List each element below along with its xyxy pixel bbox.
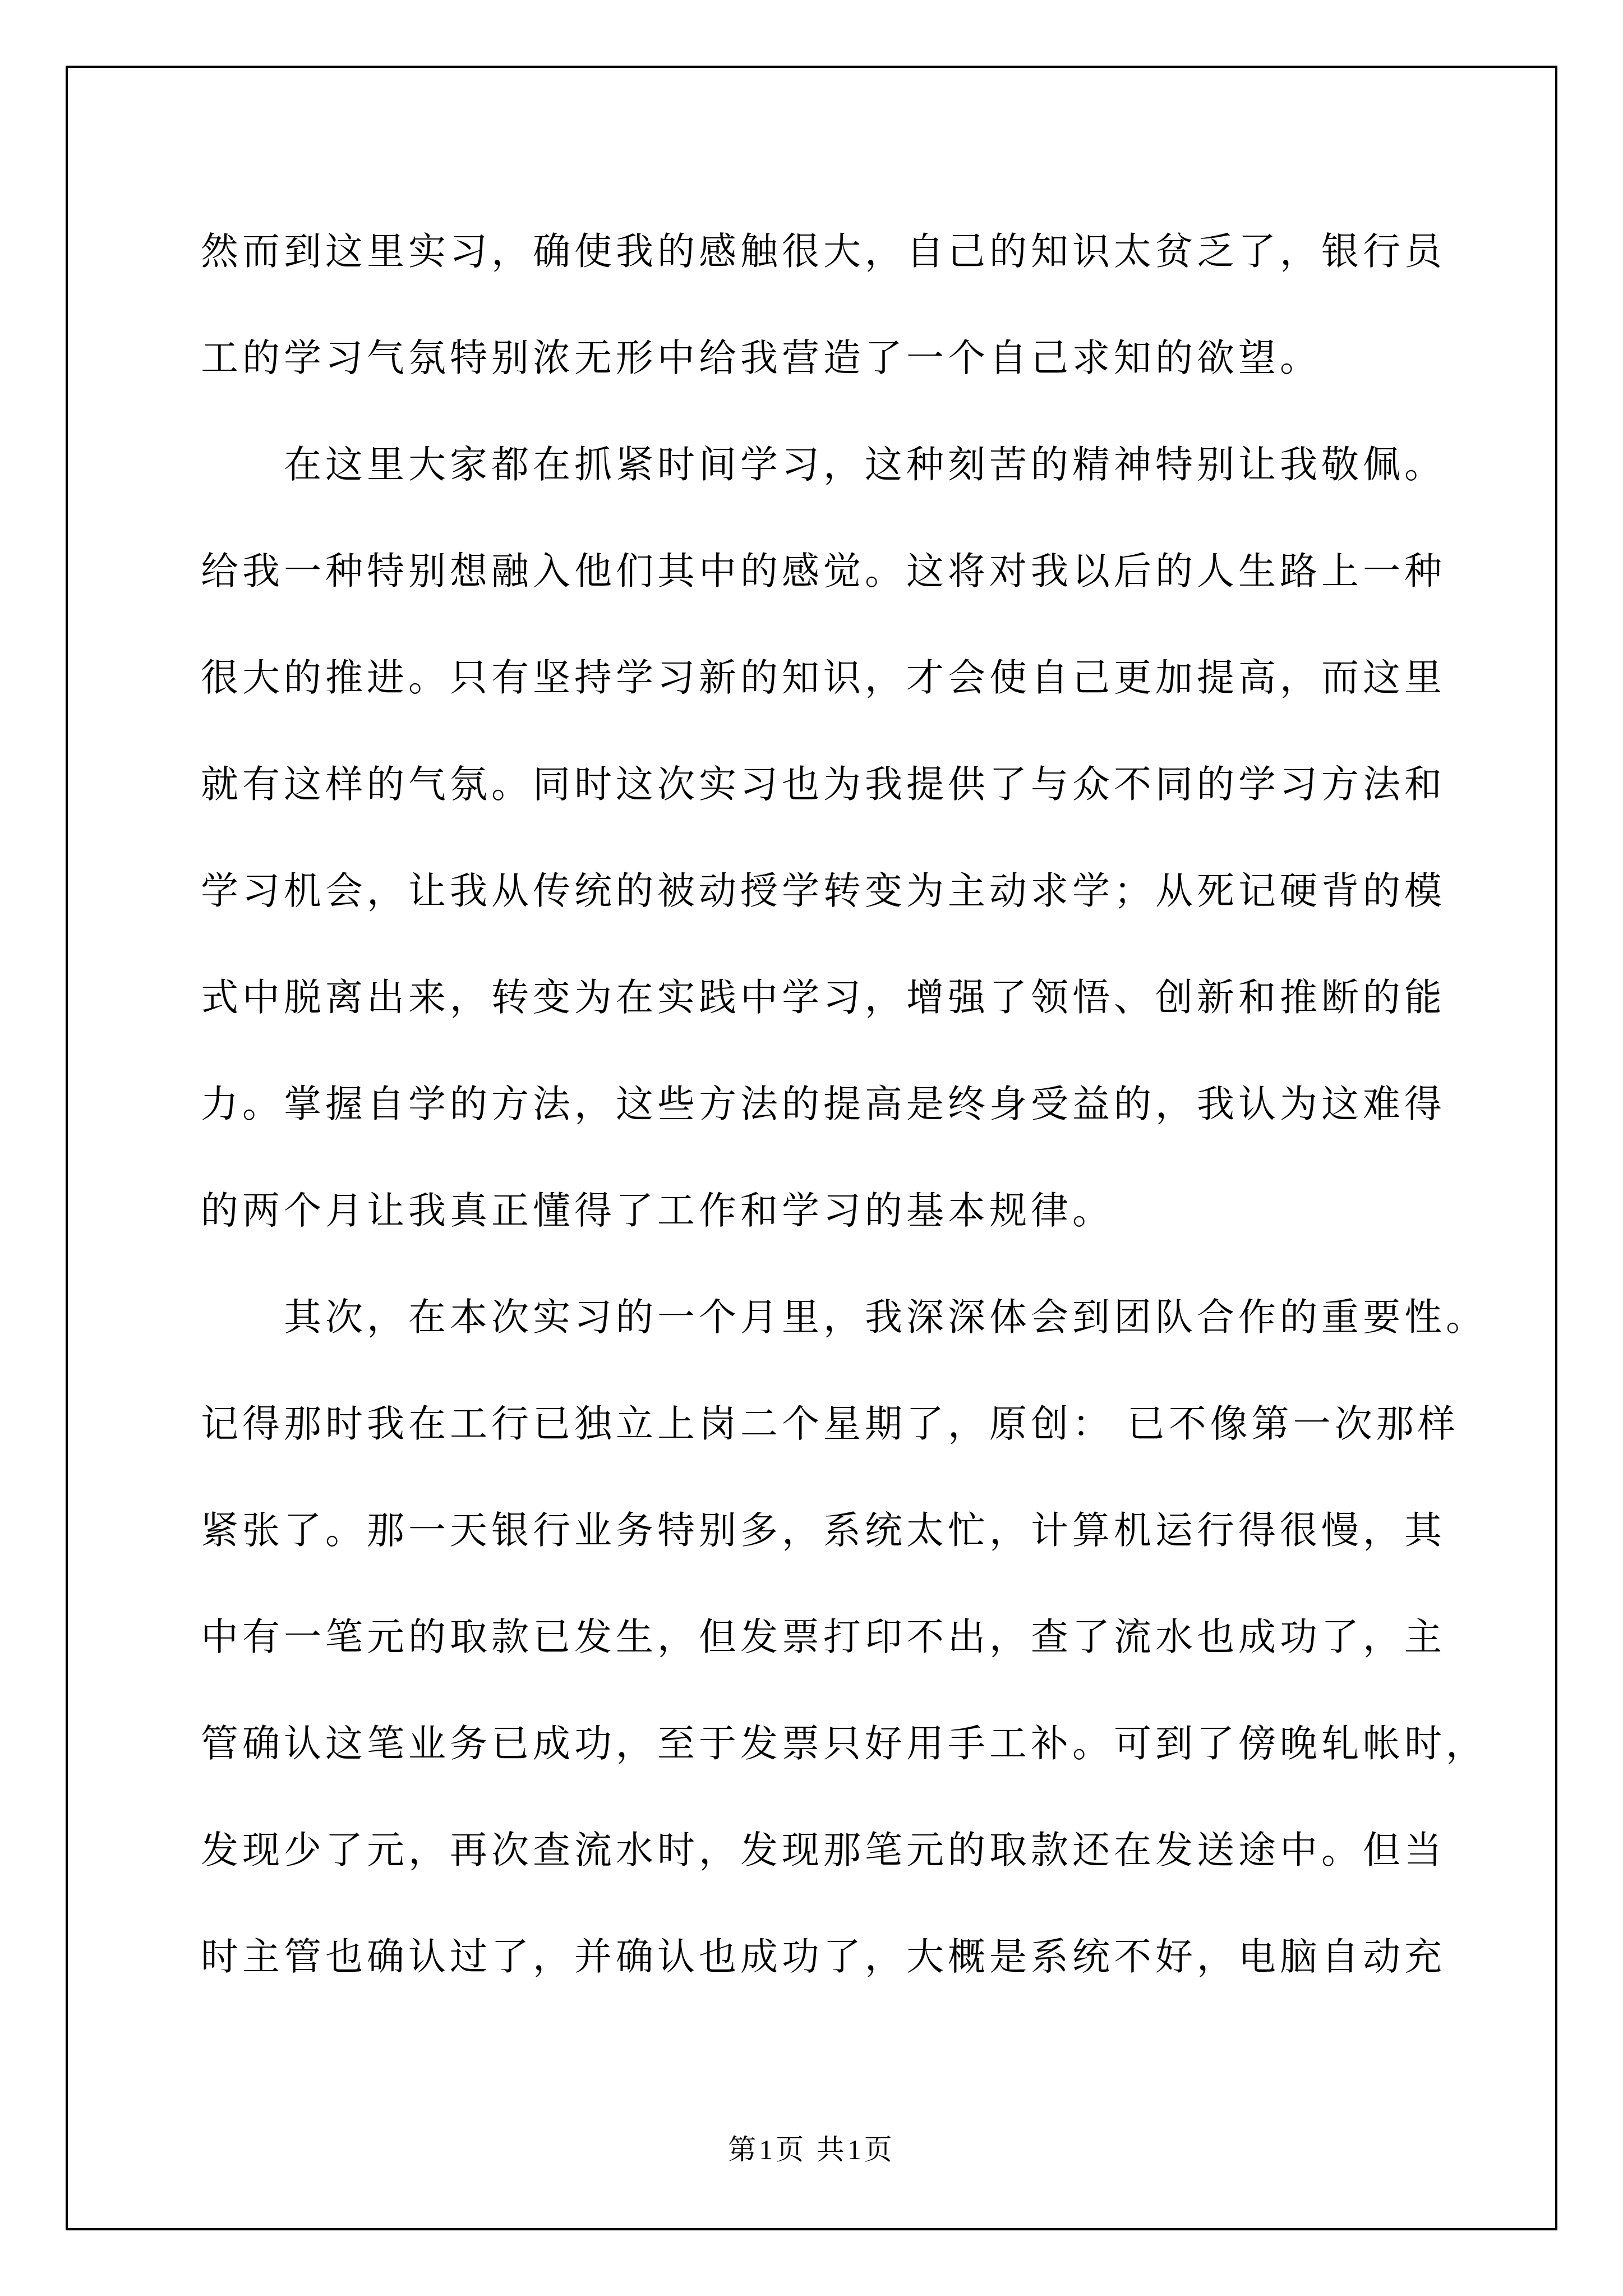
page-footer: 第1页 共1页 [0,2127,1623,2168]
text-line: 记得那时我在工行已独立上岗二个星期了，原创： 已不像第一次那样 [201,1368,1451,1474]
text-line: 给我一种特别想融入他们其中的感觉。这将对我以后的人生路上一种 [201,515,1451,622]
text-line: 的两个月让我真正懂得了工作和学习的基本规律。 [201,1154,1451,1261]
text-line: 管确认这笔业务已成功，至于发票只好用手工补。可到了傍晚轧帐时， [201,1687,1451,1794]
text-line: 紧张了。那一天银行业务特别多，系统太忙，计算机运行得很慢，其 [201,1474,1451,1581]
text-line: 发现少了元，再次查流水时，发现那笔元的取款还在发送途中。但当 [201,1794,1451,1901]
text-line: 力。掌握自学的方法，这些方法的提高是终身受益的，我认为这难得 [201,1048,1451,1154]
page-number-text: 第1页 共1页 [728,2134,895,2165]
text-line: 然而到这里实习，确使我的感触很大，自己的知识太贫乏了，银行员 [201,195,1451,302]
text-line: 很大的推进。只有坚持学习新的知识，才会使自己更加提高，而这里 [201,622,1451,728]
text-line: 时主管也确认过了，并确认也成功了，大概是系统不好，电脑自动充 [201,1901,1451,2007]
text-line: 在这里大家都在抓紧时间学习，这种刻苦的精神特别让我敬佩。 [201,408,1451,515]
document-body: 然而到这里实习，确使我的感触很大，自己的知识太贫乏了，银行员 工的学习气氛特别浓… [201,195,1451,2007]
text-line: 中有一笔元的取款已发生，但发票打印不出，查了流水也成功了，主 [201,1581,1451,1687]
text-line: 其次，在本次实习的一个月里，我深深体会到团队合作的重要性。 [201,1261,1451,1368]
text-line: 工的学习气氛特别浓无形中给我营造了一个自己求知的欲望。 [201,302,1451,408]
text-line: 式中脱离出来，转变为在实践中学习，增强了领悟、创新和推断的能 [201,941,1451,1048]
text-line: 学习机会，让我从传统的被动授学转变为主动求学；从死记硬背的模 [201,835,1451,941]
text-line: 就有这样的气氛。同时这次实习也为我提供了与众不同的学习方法和 [201,728,1451,835]
